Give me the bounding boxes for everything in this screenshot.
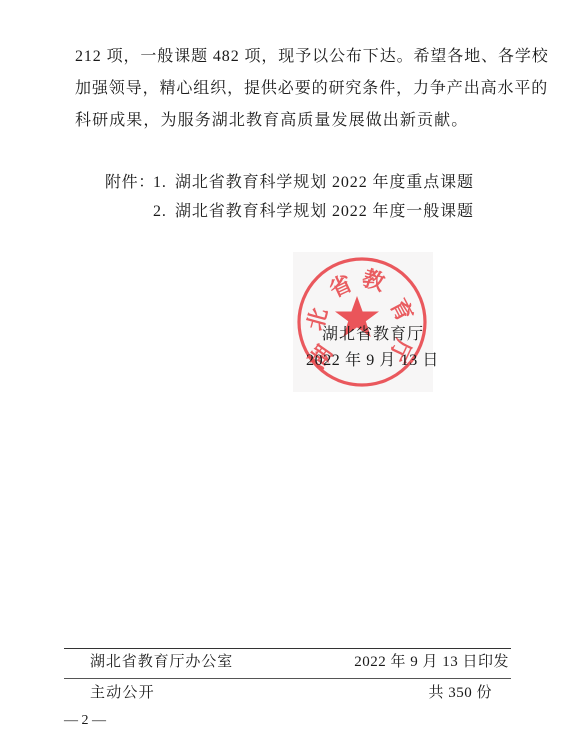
svg-text:育: 育 — [384, 295, 417, 327]
footer-disclosure: 主动公开 — [90, 683, 155, 703]
footer-issue-date: 2022 年 9 月 13 日印发 — [354, 652, 509, 672]
signature-organization: 湖北省教育厅 — [322, 325, 424, 345]
footer-copies: 共 350 份 — [428, 683, 492, 703]
attachment-item-1: 1.湖北省教育科学规划 2022 年度重点课题 — [153, 173, 474, 193]
body-text-line-3: 科研成果，为服务湖北教育高质量发展做出新贡献。 — [75, 111, 468, 131]
svg-text:省: 省 — [325, 270, 356, 303]
footer-divider-top — [64, 648, 511, 649]
footer-divider-middle — [64, 678, 511, 679]
footer-issuer: 湖北省教育厅办公室 — [90, 652, 233, 672]
attachments-label: 附件： — [105, 173, 155, 193]
official-seal: 湖 北 省 教 育 厅 — [293, 252, 433, 392]
attachment-title: 湖北省教育科学规划 2022 年度一般课题 — [175, 203, 474, 220]
signature-date: 2022 年 9 月 13 日 — [306, 351, 439, 371]
attachment-number: 1. — [153, 173, 175, 193]
document-page: 212 项，一般课题 482 项，现予以公布下达。希望各地、各学校 加强领导，精… — [0, 0, 587, 738]
svg-text:教: 教 — [359, 265, 389, 297]
body-text-line-1: 212 项，一般课题 482 项，现予以公布下达。希望各地、各学校 — [75, 47, 509, 67]
body-text-line-2: 加强领导，精心组织，提供必要的研究条件，力争产出高水平的 — [75, 79, 509, 99]
attachment-item-2: 2.湖北省教育科学规划 2022 年度一般课题 — [153, 202, 474, 222]
page-number: — 2 — — [64, 711, 106, 731]
attachment-number: 2. — [153, 202, 175, 222]
attachment-title: 湖北省教育科学规划 2022 年度重点课题 — [175, 174, 474, 191]
